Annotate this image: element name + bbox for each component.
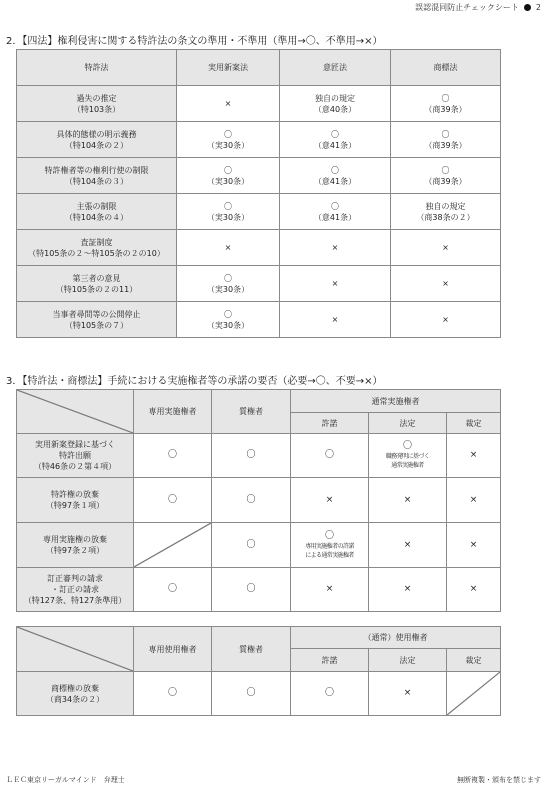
cell: 〇 (212, 672, 291, 716)
cell: 〇 (212, 478, 291, 523)
not-applicable-cell (447, 672, 501, 716)
column-header: 裁定 (447, 413, 501, 434)
cell: 〇 (212, 434, 291, 478)
cell: × (291, 478, 369, 523)
row-header: 主張の制限（特104条の４） (17, 194, 177, 230)
column-header: 専用実施権者 (134, 390, 212, 434)
cell: × (447, 478, 501, 523)
column-header: 専用使用権者 (134, 627, 212, 672)
cell: 〇 (134, 672, 212, 716)
column-group-header: （通常）使用権者 (291, 627, 501, 649)
cell: 独自の規定（意40条） (280, 86, 391, 122)
diagonal-line-icon (17, 627, 133, 671)
cell: × (369, 568, 447, 612)
table-row: 第三者の意見（特105条の２の11） 〇（実30条） × × (17, 266, 501, 302)
table-row: 具体的態様の明示義務（特104条の２） 〇（実30条） 〇（意41条） 〇（商3… (17, 122, 501, 158)
cell: 〇 専用実施権者の許諾 による通常実施権者 (291, 523, 369, 568)
cell: × (369, 672, 447, 716)
trademark-consent-table: 専用使用権者 質権者 （通常）使用権者 許諾 法定 裁定 商標権の放棄（商34条… (16, 626, 501, 716)
cell: × (280, 230, 391, 266)
cell: 〇（意41条） (280, 122, 391, 158)
cell: × (177, 230, 280, 266)
row-header: 査証制度（特105条の２～特105条の２の10） (17, 230, 177, 266)
row-header: 訂正審判の請求・訂正の請求（特127条、特127条準用） (17, 568, 134, 612)
table-row: 査証制度（特105条の２～特105条の２の10） × × × (17, 230, 501, 266)
row-header: 当事者尋問等の公開停止（特105条の７） (17, 302, 177, 338)
table-row: 当事者尋問等の公開停止（特105条の７） 〇（実30条） × × (17, 302, 501, 338)
table-row: 専用実施権の放棄（特97条２項） 〇 〇 専用実施権者の許諾 による通常実施権者… (17, 523, 501, 568)
cell: × (280, 266, 391, 302)
table-row: 主張の制限（特104条の４） 〇（実30条） 〇（意41条） 独自の規定（商38… (17, 194, 501, 230)
column-header: 質権者 (212, 390, 291, 434)
page-number: 2 (536, 3, 541, 12)
diagonal-line-icon (17, 390, 133, 433)
cell: 独自の規定（商38条の２） (391, 194, 501, 230)
table-row: 訂正審判の請求・訂正の請求（特127条、特127条準用） 〇 〇 × × × (17, 568, 501, 612)
column-header: 実用新案法 (177, 50, 280, 86)
header-title: 誤認混同防止チェックシート (415, 2, 519, 13)
cell: × (391, 302, 501, 338)
column-header: 商標法 (391, 50, 501, 86)
not-applicable-cell (134, 523, 212, 568)
table-header-row: 専用実施権者 質権者 通常実施権者 (17, 390, 501, 413)
corner-cell (17, 627, 134, 672)
footer-publisher: ＬＥＣ東京リーガルマインド 弁理士 (6, 775, 125, 785)
column-header: 特許法 (17, 50, 177, 86)
table-row: 商標権の放棄（商34条の２） 〇 〇 〇 × (17, 672, 501, 716)
section3-title: 3．【特許法・商標法】手続における実施権者等の承諾の要否（必要→〇、不要→×） (6, 372, 383, 387)
cell: × (177, 86, 280, 122)
row-header: 特許権の放棄（特97条１項） (17, 478, 134, 523)
diagonal-line-icon (447, 672, 500, 715)
column-header: 法定 (369, 413, 447, 434)
cell: 〇 (212, 568, 291, 612)
table-header-row: 専用使用権者 質権者 （通常）使用権者 (17, 627, 501, 649)
cell: 〇 (134, 478, 212, 523)
cell: 〇（実30条） (177, 266, 280, 302)
row-header: 商標権の放棄（商34条の２） (17, 672, 134, 716)
column-header: 質権者 (212, 627, 291, 672)
footer-copyright: 無断複製・頒布を禁じます (457, 775, 541, 785)
cell: 〇（実30条） (177, 302, 280, 338)
section2-title: 2．【四法】権利侵害に関する特許法の条文の準用・不準用（準用→〇、不準用→×） (6, 32, 383, 47)
cell: × (447, 568, 501, 612)
row-header: 実用新案登録に基づく特許出願（特46条の２第４項） (17, 434, 134, 478)
row-header: 専用実施権の放棄（特97条２項） (17, 523, 134, 568)
table-row: 特許権の放棄（特97条１項） 〇 〇 × × × (17, 478, 501, 523)
cell: 〇 職務発明に基づく 通常実施権者 (369, 434, 447, 478)
cell: × (369, 523, 447, 568)
cell: × (291, 568, 369, 612)
cell: 〇 (134, 434, 212, 478)
cell: 〇（商39条） (391, 86, 501, 122)
column-header: 裁定 (447, 649, 501, 672)
cell: 〇 (291, 434, 369, 478)
diagonal-line-icon (134, 523, 211, 567)
row-header: 第三者の意見（特105条の２の11） (17, 266, 177, 302)
cell: × (369, 478, 447, 523)
row-header: 特許権者等の権利行使の制限（特104条の３） (17, 158, 177, 194)
cell: × (447, 523, 501, 568)
table-row: 過失の推定（特103条） × 独自の規定（意40条） 〇（商39条） (17, 86, 501, 122)
cell: × (447, 434, 501, 478)
bullet-icon (524, 4, 531, 11)
cell: 〇（商39条） (391, 158, 501, 194)
row-header: 具体的態様の明示義務（特104条の２） (17, 122, 177, 158)
cell: 〇（意41条） (280, 194, 391, 230)
cell: 〇（実30条） (177, 122, 280, 158)
column-header: 許諾 (291, 649, 369, 672)
cell: 〇（実30条） (177, 158, 280, 194)
cell: 〇（意41条） (280, 158, 391, 194)
cell: 〇（実30条） (177, 194, 280, 230)
column-group-header: 通常実施権者 (291, 390, 501, 413)
column-header: 許諾 (291, 413, 369, 434)
table-row: 実用新案登録に基づく特許出願（特46条の２第４項） 〇 〇 〇 〇 職務発明に基… (17, 434, 501, 478)
cell: 〇（商39条） (391, 122, 501, 158)
section2-table: 特許法 実用新案法 意匠法 商標法 過失の推定（特103条） × 独自の規定（意… (16, 49, 501, 338)
cell: 〇 (291, 672, 369, 716)
patent-consent-table: 専用実施権者 質権者 通常実施権者 許諾 法定 裁定 実用新案登録に基づく特許出… (16, 389, 501, 612)
cell: × (391, 230, 501, 266)
column-header: 意匠法 (280, 50, 391, 86)
column-header: 法定 (369, 649, 447, 672)
table-row: 特許権者等の権利行使の制限（特104条の３） 〇（実30条） 〇（意41条） 〇… (17, 158, 501, 194)
cell: 〇 (212, 523, 291, 568)
cell: × (280, 302, 391, 338)
cell: 〇 (134, 568, 212, 612)
table-header-row: 特許法 実用新案法 意匠法 商標法 (17, 50, 501, 86)
corner-cell (17, 390, 134, 434)
row-header: 過失の推定（特103条） (17, 86, 177, 122)
page-header: 誤認混同防止チェックシート 2 (415, 2, 541, 13)
cell: × (391, 266, 501, 302)
